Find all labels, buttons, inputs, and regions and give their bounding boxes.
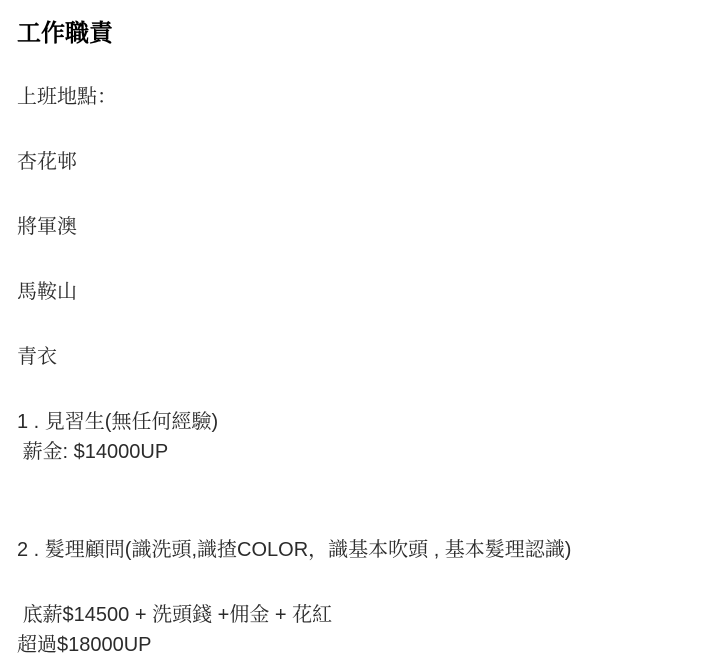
job-item-title-line: 1 . 見習生(無任何經驗) xyxy=(17,407,681,437)
job-item-salary-line: 薪金: $14000UP xyxy=(17,437,681,467)
paragraph-spacer xyxy=(17,502,681,535)
job-item-salary-line: 底薪$14500 + 洗頭錢 +佣金 + 花紅 xyxy=(17,600,681,630)
paragraph-line: 上班地點： xyxy=(17,82,681,112)
location-ma-on-shan: 馬鞍山 xyxy=(17,277,681,307)
job-item-title-line: 2 . 髮理顧問(識洗頭,識揸COLOR，識基本吹頭 , 基本髮理認識) xyxy=(17,535,681,565)
paragraph-line: 青衣 xyxy=(17,342,681,372)
paragraph-line: 杏花邨 xyxy=(17,147,681,177)
work-location-label: 上班地點： xyxy=(17,82,681,112)
paragraph-line: 馬鞍山 xyxy=(17,277,681,307)
paragraph-line: 將軍澳 xyxy=(17,212,681,242)
location-tseung-kwan-o: 將軍澳 xyxy=(17,212,681,242)
job-description-document: 工作職責 上班地點： 杏花邨 將軍澳 馬鞍山 青衣 1 . 見習生(無任何經驗)… xyxy=(0,0,701,660)
job-item-salary-total-line: 超過$18000UP xyxy=(17,630,681,660)
location-tsing-yi: 青衣 xyxy=(17,342,681,372)
job-item-hair-consultant: 2 . 髮理顧問(識洗頭,識揸COLOR，識基本吹頭 , 基本髮理認識) xyxy=(17,535,681,565)
job-item-hair-consultant-salary: 底薪$14500 + 洗頭錢 +佣金 + 花紅 超過$18000UP xyxy=(17,600,681,660)
location-heng-fa-chuen: 杏花邨 xyxy=(17,147,681,177)
page-title: 工作職責 xyxy=(17,17,681,50)
job-item-trainee: 1 . 見習生(無任何經驗) 薪金: $14000UP xyxy=(17,407,681,467)
